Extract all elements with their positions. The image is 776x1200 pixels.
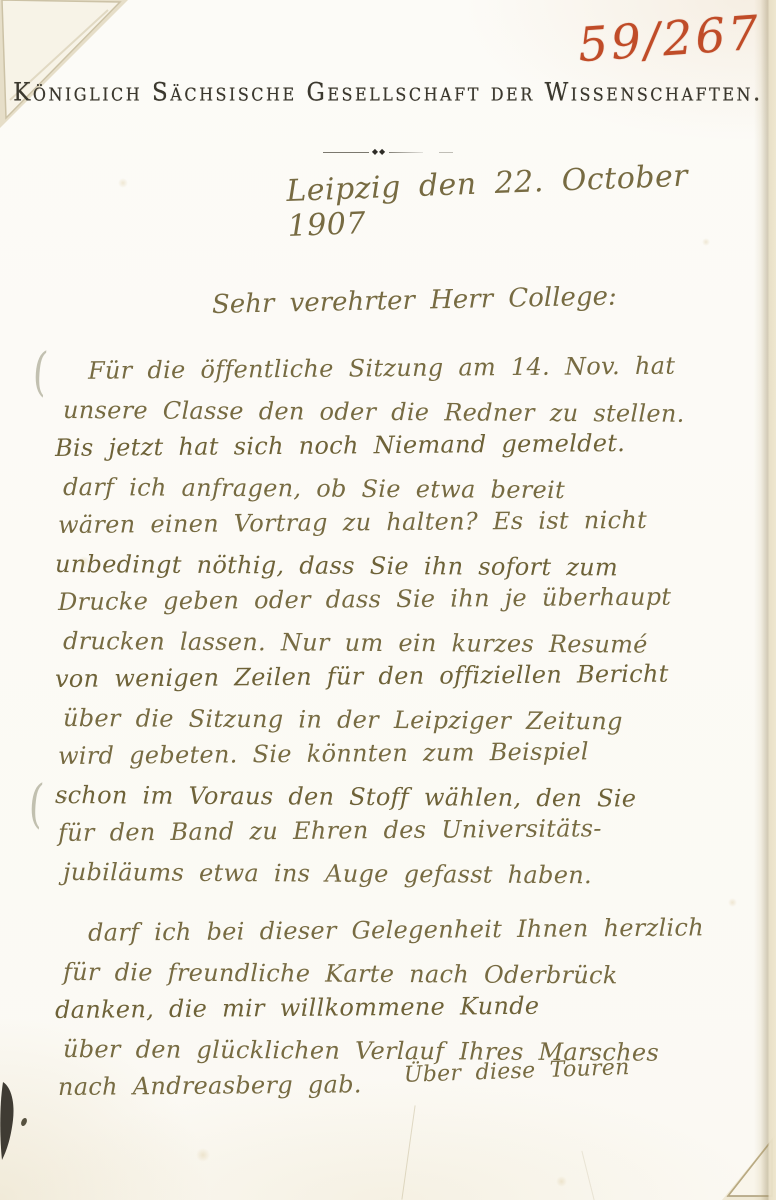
folded-corner-top-left-icon (0, 0, 140, 140)
foxing-spot (702, 238, 710, 246)
paper-crease (401, 1105, 415, 1199)
foxing-spot (556, 1176, 567, 1187)
paper-right-edge (754, 0, 776, 1200)
divider-diamonds-ornament-icon: ◆◆ (372, 148, 386, 156)
body-line: wird gebeten. Sie könnten zum Beispiel (58, 731, 758, 776)
body-line: Bis jetzt hat sich noch Niemand gemeldet… (55, 423, 758, 468)
scanned-letter-page: 59/267 Königlich Sächsische Gesellschaft… (0, 0, 776, 1200)
salutation-line: Sehr verehrter Herr College: (212, 281, 653, 320)
foxing-spot (728, 898, 737, 907)
divider-rule-left (323, 152, 369, 153)
letter-body: Für die öffentliche Sitzung am 14. Nov. … (58, 352, 758, 1109)
body-line: Für die öffentliche Sitzung am 14. Nov. … (58, 346, 758, 391)
ink-blot-icon (0, 1080, 34, 1164)
foxing-spot (78, 556, 90, 568)
letterhead-title: Königlich Sächsische Gesellschaft der Wi… (0, 79, 776, 107)
archival-number-stamp: 59/267 (576, 6, 759, 73)
margin-pencil-mark: ( (27, 777, 45, 831)
paragraph-1: Für die öffentliche Sitzung am 14. Nov. … (58, 352, 758, 891)
foxing-spot (196, 1148, 210, 1162)
date-line: Leipzig den 22. October 1907 (286, 156, 748, 244)
margin-pencil-mark: ( (31, 345, 49, 399)
body-line: für den Band zu Ehren des Universitäts- (58, 808, 758, 853)
paper-crease (581, 1151, 595, 1200)
divider-dash (439, 152, 453, 153)
body-line: von wenigen Zeilen für den offiziellen B… (55, 654, 758, 699)
body-line: darf ich bei dieser Gelegenheit Ihnen he… (58, 908, 758, 953)
body-line: jubiläums etwa ins Auge gefasst haben. (63, 853, 758, 896)
foxing-spot (118, 178, 128, 188)
paragraph-2: darf ich bei dieser Gelegenheit Ihnen he… (58, 914, 758, 1109)
letterhead-divider: ◆◆ (0, 148, 776, 156)
divider-rule-right (389, 152, 423, 153)
body-line-closing: nach Andreasberg gab.Über diese Touren (58, 1062, 758, 1109)
closing-left: nach Andreasberg gab. (58, 1070, 362, 1101)
body-line: danken, die mir willkommene Kunde (55, 985, 758, 1030)
closing-tail: Über diese Touren (403, 1049, 630, 1095)
body-line: Drucke geben oder dass Sie ihn je überha… (58, 577, 758, 622)
body-line: wären einen Vortrag zu halten? Es ist ni… (58, 500, 758, 545)
